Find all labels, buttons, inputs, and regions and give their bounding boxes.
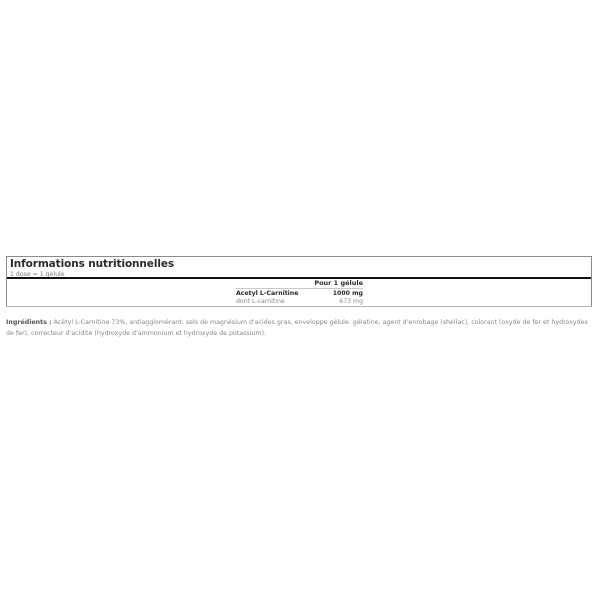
table-row: Acetyl L-Carnitine 1000 mg: [236, 289, 363, 299]
nutrition-facts-box: Informations nutritionnelles 1 dose = 1 …: [6, 256, 592, 307]
column-header-per-capsule: Pour 1 gélule: [236, 279, 363, 289]
ingredients-paragraph: Ingrédients : Acétyl L-Carnitine 73%, an…: [6, 318, 596, 339]
ingredients-text: Acétyl L-Carnitine 73%, antiagglomérant:…: [6, 319, 588, 337]
table-header-row: Pour 1 gélule: [236, 279, 363, 289]
nutrition-table: Pour 1 gélule Acetyl L-Carnitine 1000 mg…: [236, 279, 363, 306]
nutrient-amount: 673 mg: [322, 298, 363, 306]
table-row: dont L-carnitine 673 mg: [236, 298, 363, 306]
nutrient-name: dont L-carnitine: [236, 298, 322, 306]
nutrition-title: Informations nutritionnelles: [10, 258, 174, 270]
nutrient-name: Acetyl L-Carnitine: [236, 289, 322, 299]
nutrient-amount: 1000 mg: [322, 289, 363, 299]
ingredients-label: Ingrédients :: [6, 319, 52, 326]
